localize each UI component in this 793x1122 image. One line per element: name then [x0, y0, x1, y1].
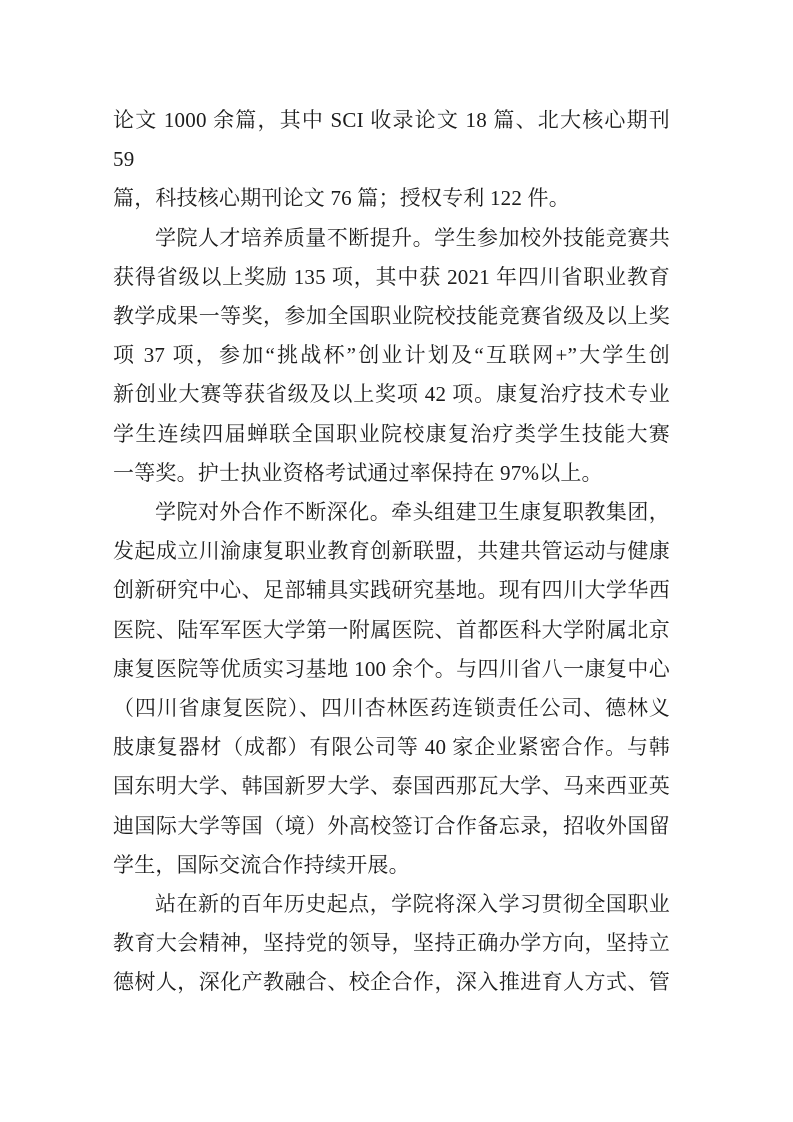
text-line: 学生，国际交流合作持续开展。 [113, 846, 670, 885]
text-line: 获得省级以上奖励 135 项，其中获 2021 年四川省职业教育 [113, 258, 670, 297]
text-line: 教育大会精神，坚持党的领导，坚持正确办学方向，坚持立 [113, 924, 670, 963]
text-line: 发起成立川渝康复职业教育创新联盟，共建共管运动与健康 [113, 532, 670, 571]
text-line: 论文 1000 余篇，其中 SCI 收录论文 18 篇、北大核心期刊 59 [113, 101, 670, 179]
text-line: 康复医院等优质实习基地 100 余个。与四川省八一康复中心 [113, 650, 670, 689]
text-line: 新创业大赛等获省级及以上奖项 42 项。康复治疗技术专业 [113, 375, 670, 414]
text-line: 创新研究中心、足部辅具实践研究基地。现有四川大学华西 [113, 571, 670, 610]
text-line: 迪国际大学等国（境）外高校签订合作备忘录，招收外国留 [113, 807, 670, 846]
paragraph-future-outlook: 站在新的百年历史起点，学院将深入学习贯彻全国职业 教育大会精神，坚持党的领导，坚… [113, 885, 670, 1003]
text-line: 教学成果一等奖，参加全国职业院校技能竞赛省级及以上奖 [113, 297, 670, 336]
text-line: 学生连续四届蝉联全国职业院校康复治疗类学生技能大赛 [113, 415, 670, 454]
text-line: 国东明大学、韩国新罗大学、泰国西那瓦大学、马来西亚英 [113, 767, 670, 806]
text-line: （四川省康复医院）、四川杏林医药连锁责任公司、德林义 [113, 689, 670, 728]
text-line: 德树人，深化产教融合、校企合作，深入推进育人方式、管 [113, 963, 670, 1002]
text-line: 学院人才培养质量不断提升。学生参加校外技能竞赛共 [113, 219, 670, 258]
paragraph-external-cooperation: 学院对外合作不断深化。牵头组建卫生康复职教集团， 发起成立川渝康复职业教育创新联… [113, 493, 670, 885]
text-line: 站在新的百年历史起点，学院将深入学习贯彻全国职业 [113, 885, 670, 924]
paragraph-publications: 论文 1000 余篇，其中 SCI 收录论文 18 篇、北大核心期刊 59 篇，… [113, 101, 670, 219]
text-line: 一等奖。护士执业资格考试通过率保持在 97%以上。 [113, 454, 670, 493]
text-line: 篇，科技核心期刊论文 76 篇；授权专利 122 件。 [113, 179, 670, 218]
text-line: 肢康复器材（成都）有限公司等 40 家企业紧密合作。与韩 [113, 728, 670, 767]
document-page: 论文 1000 余篇，其中 SCI 收录论文 18 篇、北大核心期刊 59 篇，… [0, 0, 793, 1122]
text-line: 学院对外合作不断深化。牵头组建卫生康复职教集团， [113, 493, 670, 532]
paragraph-talent-quality: 学院人才培养质量不断提升。学生参加校外技能竞赛共 获得省级以上奖励 135 项，… [113, 219, 670, 493]
text-line: 项 37 项，参加“挑战杯”创业计划及“互联网+”大学生创 [113, 336, 670, 375]
text-line: 医院、陆军军医大学第一附属医院、首都医科大学附属北京 [113, 611, 670, 650]
